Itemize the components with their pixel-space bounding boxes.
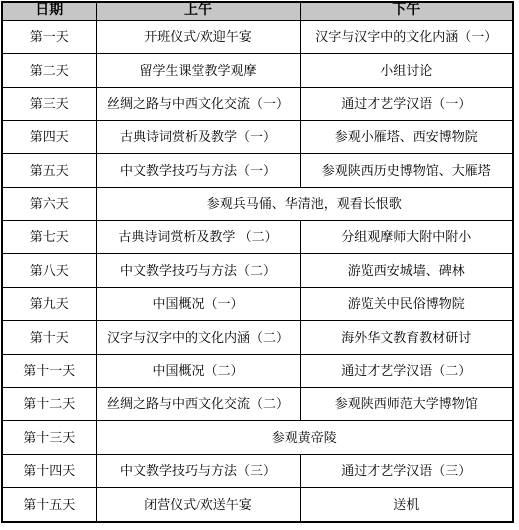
afternoon-cell: 送机: [300, 488, 513, 522]
header-row: 日期 上午 下午: [2, 2, 513, 20]
morning-cell: 中文教学技巧与方法（三）: [96, 454, 300, 487]
morning-cell: 留学生课堂教学观摩: [96, 54, 300, 87]
day-cell: 第十五天: [2, 488, 96, 522]
morning-cell: 中文教学技巧与方法（二）: [96, 254, 300, 287]
table-row: 第八天中文教学技巧与方法（二）游览西安城墙、碑林: [2, 254, 513, 287]
morning-cell: 中文教学技巧与方法（一）: [96, 154, 300, 187]
afternoon-cell: 小组讨论: [300, 54, 513, 87]
day-cell: 第一天: [2, 20, 96, 53]
afternoon-cell: 海外华文教育教材研讨: [300, 321, 513, 354]
afternoon-cell: 参观陕西历史博物馆、大雁塔: [300, 154, 513, 187]
afternoon-cell: 分组观摩师大附中附小: [300, 221, 513, 254]
morning-cell: 中国概况（二）: [96, 354, 300, 387]
morning-cell: 中国概况（一）: [96, 287, 300, 320]
day-cell: 第十天: [2, 321, 96, 354]
table-row: 第九天中国概况（一）游览关中民俗博物院: [2, 287, 513, 320]
day-cell: 第五天: [2, 154, 96, 187]
afternoon-cell: 通过才艺学汉语（二）: [300, 354, 513, 387]
header-date: 日期: [2, 2, 96, 20]
table-row: 第十天汉字与汉字中的文化内涵（二）海外华文教育教材研讨: [2, 321, 513, 354]
table-row: 第二天留学生课堂教学观摩小组讨论: [2, 54, 513, 87]
schedule-body: 第一天开班仪式/欢迎午宴汉字与汉字中的文化内涵（一）第二天留学生课堂教学观摩小组…: [2, 20, 513, 522]
table-row: 第一天开班仪式/欢迎午宴汉字与汉字中的文化内涵（一）: [2, 20, 513, 53]
afternoon-cell: 通过才艺学汉语（三）: [300, 454, 513, 487]
table-row: 第十三天参观黄帝陵: [2, 421, 513, 454]
day-cell: 第十四天: [2, 454, 96, 487]
full-day-activity-cell: 参观黄帝陵: [96, 421, 513, 454]
table-row: 第四天古典诗词赏析及教学（一）参观小雁塔、西安博物院: [2, 120, 513, 153]
afternoon-cell: 汉字与汉字中的文化内涵（一）: [300, 20, 513, 53]
afternoon-cell: 游览关中民俗博物院: [300, 287, 513, 320]
table-row: 第十五天闭营仪式/欢送午宴送机: [2, 488, 513, 522]
morning-cell: 开班仪式/欢迎午宴: [96, 20, 300, 53]
morning-cell: 闭营仪式/欢送午宴: [96, 488, 300, 522]
afternoon-cell: 参观小雁塔、西安博物院: [300, 120, 513, 153]
morning-cell: 古典诗词赏析及教学 （二）: [96, 221, 300, 254]
day-cell: 第九天: [2, 287, 96, 320]
table-row: 第十四天中文教学技巧与方法（三）通过才艺学汉语（三）: [2, 454, 513, 487]
day-cell: 第七天: [2, 221, 96, 254]
table-row: 第十二天丝绸之路与中西文化交流（二）参观陕西师范大学博物馆: [2, 387, 513, 420]
table-row: 第七天古典诗词赏析及教学 （二）分组观摩师大附中附小: [2, 221, 513, 254]
table-row: 第十一天中国概况（二）通过才艺学汉语（二）: [2, 354, 513, 387]
header-morning: 上午: [96, 2, 300, 20]
table-row: 第六天参观兵马俑、华清池，观看长恨歌: [2, 187, 513, 220]
day-cell: 第六天: [2, 187, 96, 220]
afternoon-cell: 参观陕西师范大学博物馆: [300, 387, 513, 420]
day-cell: 第十三天: [2, 421, 96, 454]
morning-cell: 丝绸之路与中西文化交流（一）: [96, 87, 300, 120]
full-day-activity-cell: 参观兵马俑、华清池，观看长恨歌: [96, 187, 513, 220]
schedule-table: 日期 上午 下午 第一天开班仪式/欢迎午宴汉字与汉字中的文化内涵（一）第二天留学…: [1, 1, 514, 523]
afternoon-cell: 通过才艺学汉语（一）: [300, 87, 513, 120]
morning-cell: 汉字与汉字中的文化内涵（二）: [96, 321, 300, 354]
day-cell: 第三天: [2, 87, 96, 120]
day-cell: 第四天: [2, 120, 96, 153]
day-cell: 第十一天: [2, 354, 96, 387]
morning-cell: 丝绸之路与中西文化交流（二）: [96, 387, 300, 420]
header-afternoon: 下午: [300, 2, 513, 20]
day-cell: 第八天: [2, 254, 96, 287]
table-row: 第三天丝绸之路与中西文化交流（一）通过才艺学汉语（一）: [2, 87, 513, 120]
morning-cell: 古典诗词赏析及教学（一）: [96, 120, 300, 153]
day-cell: 第二天: [2, 54, 96, 87]
schedule-header: 日期 上午 下午: [2, 2, 513, 20]
table-row: 第五天中文教学技巧与方法（一）参观陕西历史博物馆、大雁塔: [2, 154, 513, 187]
afternoon-cell: 游览西安城墙、碑林: [300, 254, 513, 287]
day-cell: 第十二天: [2, 387, 96, 420]
